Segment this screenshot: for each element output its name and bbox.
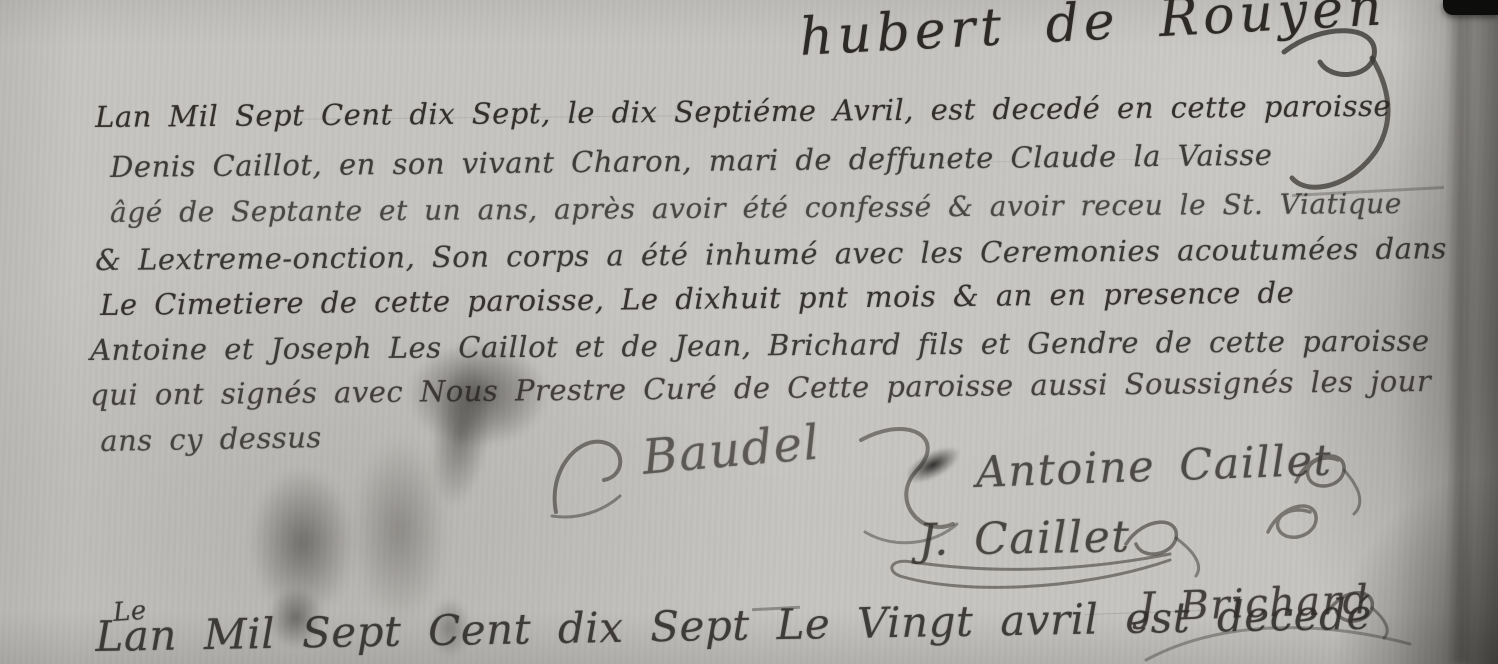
signature-baudel: Baudel: [640, 414, 822, 485]
ink-speck: [268, 588, 323, 648]
act-line: âgé de Septante et un ans, après avoir é…: [110, 187, 1402, 229]
manuscript-scan-page: hubert de Rouyen Lan Mil Sept Cent dix S…: [0, 0, 1498, 664]
act-line: Le Cimetiere de cette paroisse, Le dixhu…: [100, 275, 1294, 322]
signature-antoine-caillet: Antoine Caillet: [975, 436, 1333, 498]
act-line: Denis Caillot, en son vivant Charon, mar…: [110, 138, 1273, 184]
microfilm-corner-marker: [1443, 0, 1498, 15]
act-line: qui ont signés avec Nous Prestre Curé de…: [90, 364, 1431, 412]
act-line: & Lextreme-onction, Son corps a été inhu…: [95, 231, 1447, 277]
ink-speck: [430, 598, 470, 658]
act-line: ans cy dessus: [100, 420, 322, 458]
bottom-right-corner-shadow: [1318, 454, 1498, 664]
baudel-pre-flourish: [542, 424, 642, 524]
j-caillet-underline-swash: [878, 548, 1178, 600]
act-line: Lan Mil Sept Cent dix Sept, le dix Septi…: [95, 89, 1391, 134]
act-line: Antoine et Joseph Les Caillot et de Jean…: [90, 324, 1430, 367]
ink-smear: [352, 438, 447, 623]
